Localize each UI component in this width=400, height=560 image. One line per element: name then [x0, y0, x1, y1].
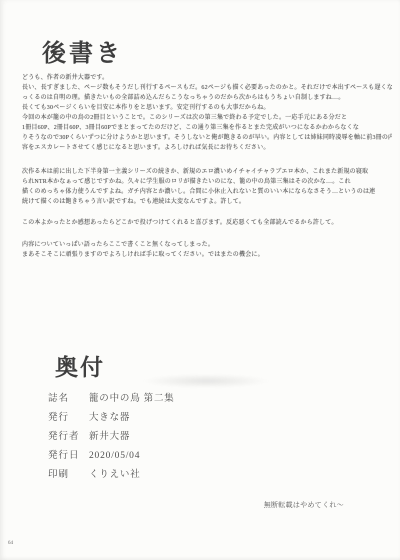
afterword-text-line: っくるのは自明の理。描きたいもの全部詰め込んだらこうなっちゃうのだから次からはも… — [22, 93, 392, 103]
afterword-paragraph: この本よかったとか感想あったらどこかで投げつけてくれると喜びます。反応悪くても全… — [22, 218, 392, 228]
afterword-text-line: 次作る本は前に出した下半身第一主義シリーズの続きか、新規のエロ濃いめイチャイチャ… — [22, 167, 392, 177]
afterword-text-line: 内容についていっぱい語ったらここで書くこと無くなってしまった。 — [22, 240, 392, 250]
colophon-value: 新井大器 — [89, 428, 130, 447]
colophon-label: 発行 — [48, 409, 89, 428]
colophon-title: 奥付 — [55, 349, 105, 382]
colophon-row-printer: 印刷 くりえい社 — [0, 466, 400, 485]
scanned-afterword-page: 後書き どうも、作者の新井大器です。 長い、長すぎました、ページ数もそうだし刊行… — [0, 0, 400, 560]
colophon-label: 誌名 — [48, 390, 89, 409]
afterword-text-line: られNTR本かなぁって感じですかね。久々に学生服のロリが描きたいのにな、籠の中の… — [22, 177, 392, 187]
afterword-text-line: まあそこそこに頑張りますのでよろしければ手に取ってください。ではまたの機会に。 — [22, 250, 392, 260]
colophon-label: 印刷 — [48, 466, 89, 485]
afterword-text-line: この本よかったとか感想あったらどこかで投げつけてくれると喜びます。反応悪くても全… — [22, 218, 392, 228]
afterword-text-line: 続けて描くのは飽きちゃう言い訳ですね。でも連続は大変なんですよ。許して。 — [22, 197, 392, 207]
afterword-paragraph: 次作る本は前に出した下半身第一主義シリーズの続きか、新規のエロ濃いめイチャイチャ… — [22, 167, 392, 207]
afterword-text-line: どうも、作者の新井大器です。 — [22, 73, 392, 83]
colophon-value: 大きな器 — [89, 409, 130, 428]
colophon-value: 籠の中の鳥 第二集 — [89, 390, 175, 409]
afterword-paragraph: どうも、作者の新井大器です。 長い、長すぎました、ページ数もそうだし刊行するペー… — [22, 73, 392, 153]
afterword-text-line: 描くのめっちゃ体力使うんですよね。ガチ内容とか濃いし。合間に小休止入れないと質の… — [22, 187, 392, 197]
afterword-paragraph: 内容についていっぱい語ったらここで書くこと無くなってしまった。 まあそこそこに頑… — [22, 240, 392, 260]
colophon-value: くりえい社 — [89, 466, 141, 485]
afterword-title: 後書き — [42, 33, 123, 68]
colophon-row-date: 発行日 2020/05/04 — [0, 447, 400, 466]
no-repost-notice: 無断転載はやめてくれ〜 — [264, 500, 344, 510]
scan-smudge-artifact — [142, 374, 270, 388]
colophon-row-publisher: 発行 大きな器 — [0, 409, 400, 428]
afterword-body: どうも、作者の新井大器です。 長い、長すぎました、ページ数もそうだし刊行するペー… — [22, 73, 392, 260]
colophon-value: 2020/05/04 — [89, 447, 140, 466]
page-number: 64 — [8, 541, 13, 546]
colophon-label: 発行日 — [48, 447, 89, 466]
afterword-text-line: りそうなので30Pくらいずつに分けようかと思います。そうしないと俺が飽きるのが早… — [22, 133, 392, 143]
colophon-row-author: 発行者 新井大器 — [0, 428, 400, 447]
colophon-label: 発行者 — [48, 428, 89, 447]
colophon-table: 誌名 籠の中の鳥 第二集 発行 大きな器 発行者 新井大器 発行日 2020/0… — [0, 390, 400, 485]
afterword-text-line: 1冊目60P、2冊目60P、3冊目60Pでまとまってたのだけど、この通り第三集を… — [22, 123, 392, 133]
afterword-text-line: 長い、長すぎました、ページ数もそうだし刊行するペースもだ。62ページも描く必要あ… — [22, 83, 392, 93]
afterword-text-line: 容をエスカレートさせてく感じになると思います。よろしければ気長にお待ちください。 — [22, 143, 392, 153]
colophon-row-title: 誌名 籠の中の鳥 第二集 — [0, 390, 400, 409]
afterword-text-line: 今回の本が籠の中の鳥の2冊目ということで。このシリーズは次の第三集で終わる予定で… — [22, 113, 392, 123]
afterword-text-line: 長くても30ページくらいを目安に本作りをと思います。安定刊行するのも大事だからね… — [22, 103, 392, 113]
